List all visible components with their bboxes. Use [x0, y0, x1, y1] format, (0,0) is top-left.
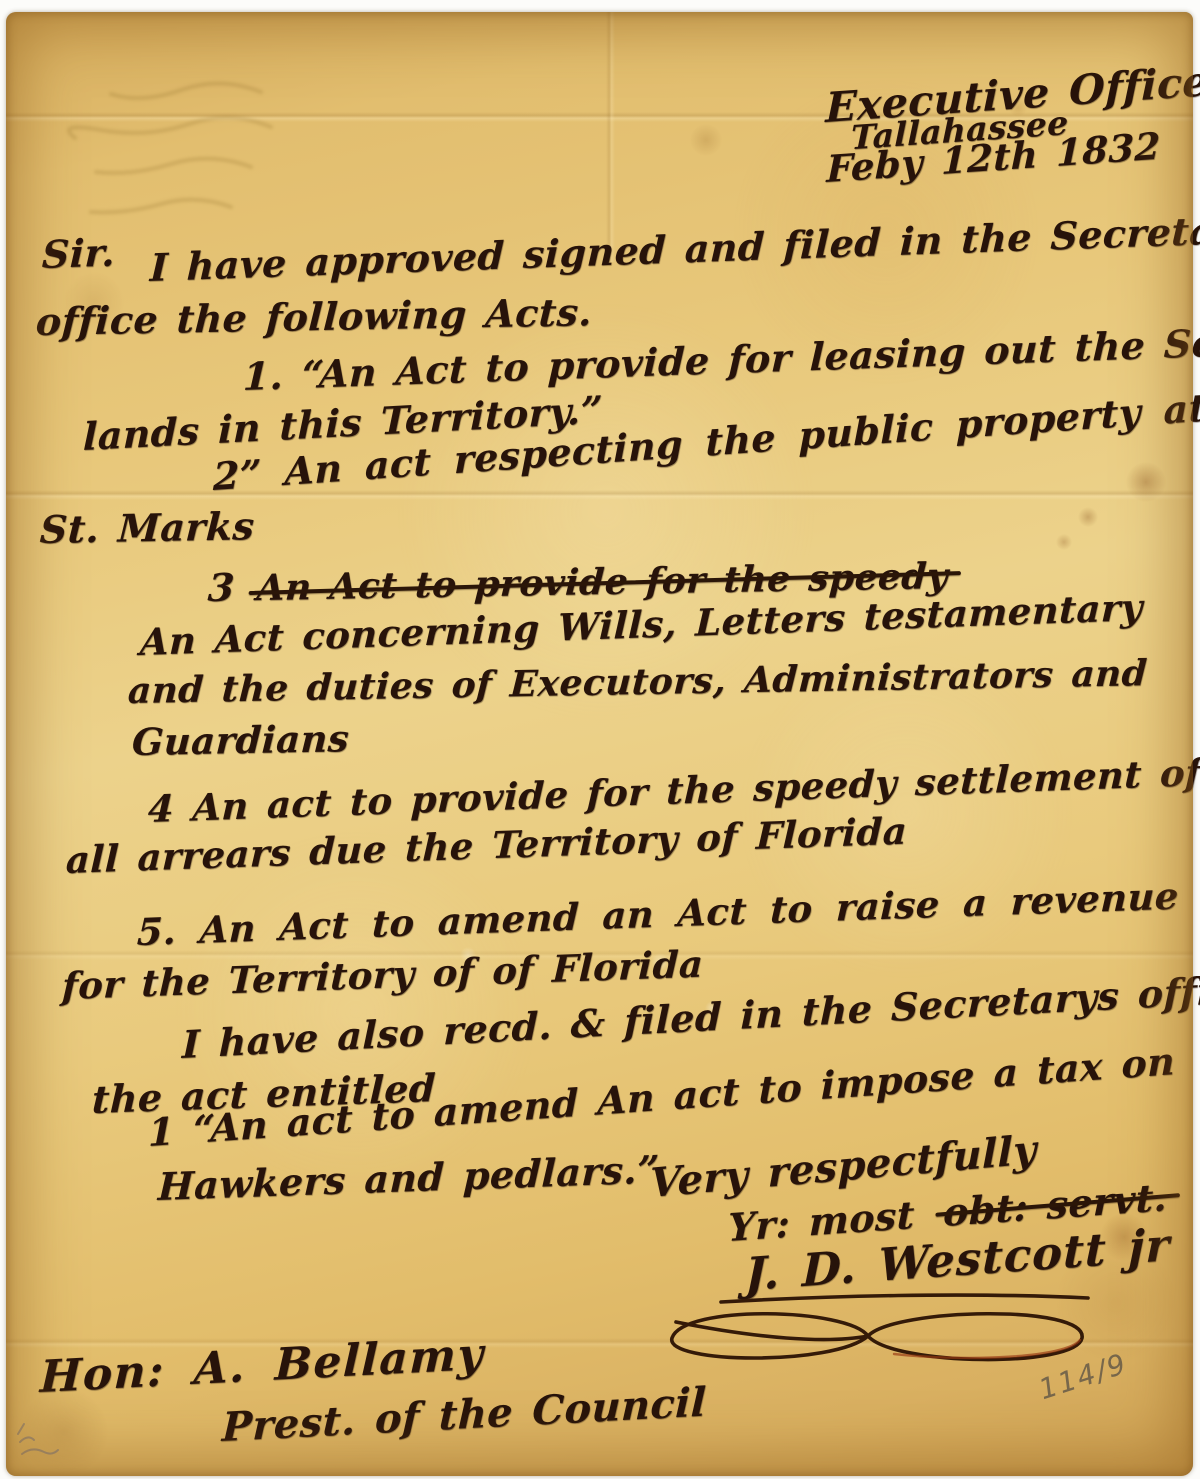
- pencil-scribble: [14, 1420, 84, 1470]
- act2-line-2: St. Marks: [39, 503, 256, 552]
- signature-flourish: [636, 1292, 1111, 1382]
- salutation: Sir.: [41, 229, 116, 277]
- act3-line-3: Guardians: [131, 716, 350, 764]
- scanned-letter: Executive Office Tallahassee Feby 12th 1…: [0, 0, 1200, 1479]
- act3-number: 3: [207, 565, 236, 611]
- letter-paper: Executive Office Tallahassee Feby 12th 1…: [6, 12, 1193, 1476]
